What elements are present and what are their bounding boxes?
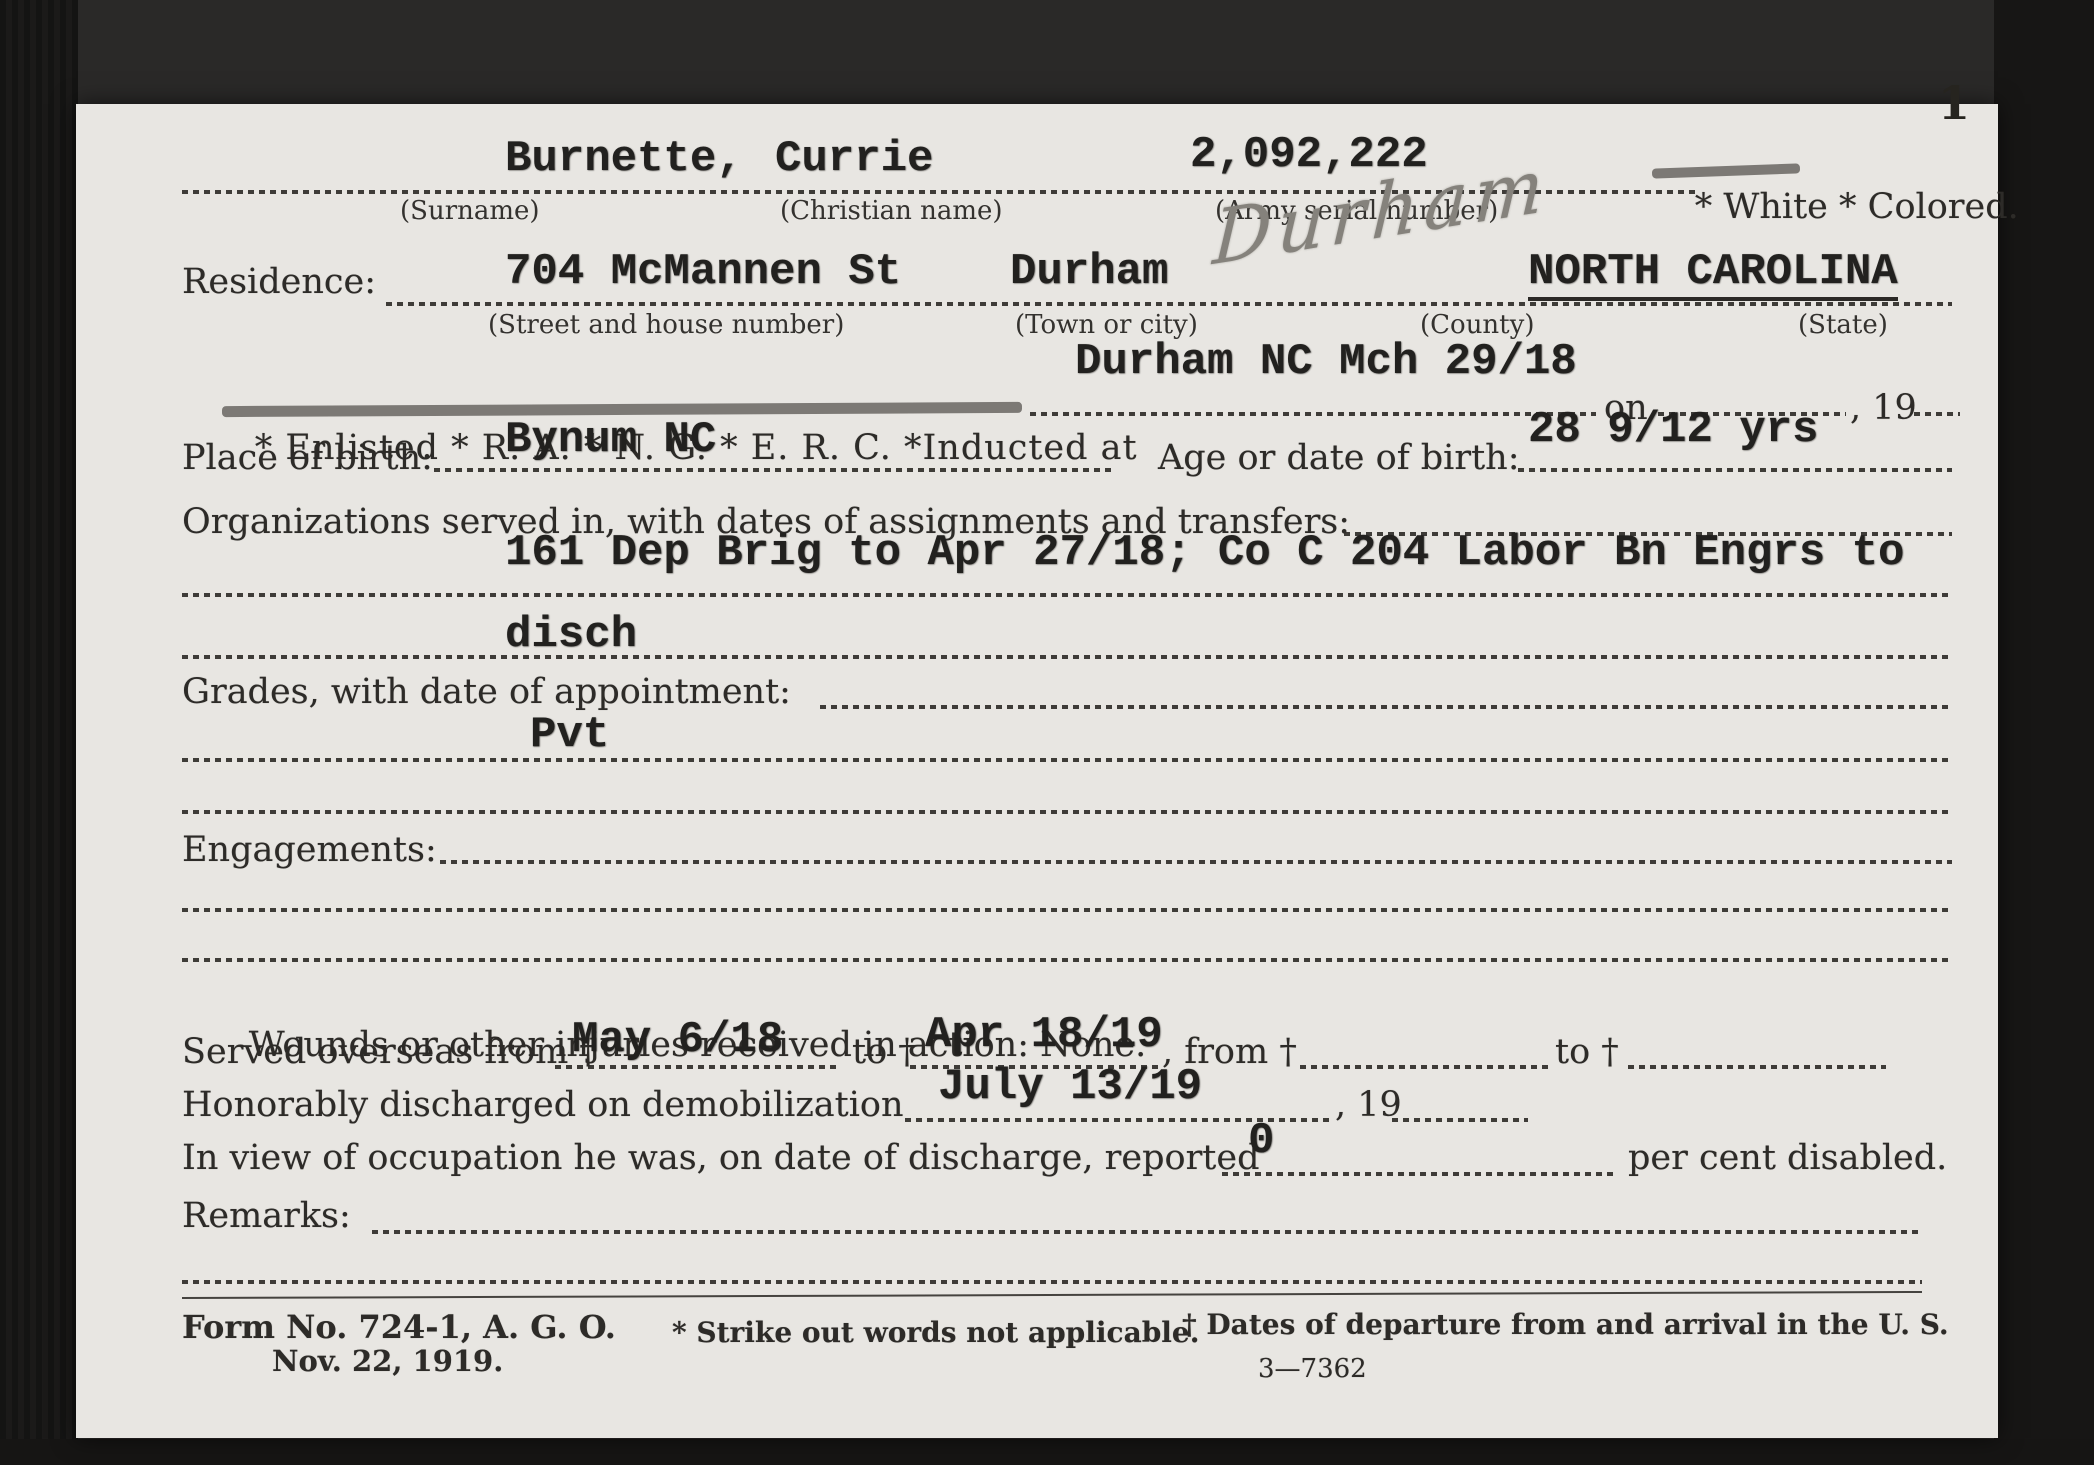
- form-rule-line: [820, 705, 1952, 709]
- county-caption: (County): [1420, 310, 1534, 340]
- organizations-entry-1-typed: 161 Dep Brig to Apr 27/18; Co C 204 Labo…: [505, 528, 1904, 578]
- organizations-entry-2-typed: disch: [505, 610, 637, 660]
- residence-label: Residence:: [182, 262, 376, 302]
- discharge-label: Honorably discharged on demobilization: [182, 1085, 904, 1125]
- form-rule-line: [182, 908, 1952, 912]
- form-rule-line: [182, 810, 1952, 814]
- form-rule-line: [182, 1280, 1922, 1284]
- christian-name-typed: Currie: [775, 134, 933, 184]
- race-option-colored: Colored.: [1868, 187, 2019, 227]
- form-rule-line: [1300, 1065, 1548, 1069]
- disability-value-typed: 0: [1248, 1116, 1274, 1166]
- footer-strike-note: * Strike out words not applicable.: [672, 1316, 1200, 1349]
- age-typed: 28 9/12 yrs: [1528, 405, 1818, 455]
- state-caption: (State): [1798, 310, 1888, 340]
- christian-name-caption: (Christian name): [780, 196, 1003, 226]
- form-rule-line: [386, 302, 1952, 306]
- place-of-birth-typed: Bynum NC: [505, 415, 716, 465]
- form-rule-line: [182, 758, 1952, 762]
- overseas-from-date-typed: May 6/18: [572, 1015, 783, 1065]
- overseas-to2-label: to †: [1555, 1032, 1619, 1072]
- form-rule-line: [182, 593, 1952, 597]
- form-rule-line: [555, 1065, 841, 1069]
- street-caption: (Street and house number): [488, 310, 844, 340]
- grades-label: Grades, with date of appointment:: [182, 672, 791, 712]
- induction-place-date-typed: Durham NC Mch 29/18: [1075, 337, 1577, 387]
- form-rule-line: [182, 655, 1952, 659]
- discharge-date-typed: July 13/19: [938, 1062, 1202, 1112]
- form-rule-line: [372, 1230, 1922, 1234]
- residence-street-typed: 704 McMannen St: [505, 247, 901, 297]
- inducted-at-label: *Inducted at: [892, 428, 1138, 468]
- place-of-birth-label: Place of birth:: [182, 438, 433, 478]
- form-rule-line: [1030, 412, 1596, 416]
- service-record-card: 1 Burnette, Currie 2,092,222 * White * C…: [76, 104, 1998, 1438]
- scan-border-left: [0, 0, 78, 1465]
- form-rule-line: [182, 958, 1952, 962]
- overseas-from-label: Served overseas from †: [182, 1032, 597, 1072]
- engagements-label: Engagements:: [182, 830, 437, 870]
- overseas-to-date-typed: Apr 18/19: [925, 1010, 1163, 1060]
- disability-label: In view of occupation he was, on date of…: [182, 1138, 1259, 1178]
- race-star: *: [1695, 187, 1724, 227]
- form-rule-line: [1518, 468, 1952, 472]
- footer-dagger-note: † Dates of departure from and arrival in…: [1182, 1308, 1949, 1341]
- residence-town-typed: Durham: [1010, 247, 1168, 297]
- disability-suffix-label: per cent disabled.: [1628, 1138, 1947, 1178]
- age-label: Age or date of birth:: [1158, 438, 1520, 478]
- form-rule-line: [1392, 1118, 1528, 1122]
- form-rule-line: [1628, 1065, 1886, 1069]
- surname-typed: Burnette,: [505, 134, 743, 184]
- race-star: *: [1828, 187, 1868, 227]
- form-rule-line: [1914, 412, 1960, 416]
- inducted-year-label: , 19: [1850, 388, 1917, 428]
- town-caption: (Town or city): [1015, 310, 1198, 340]
- form-rule-line: [1222, 1172, 1618, 1176]
- footer-print-code: 3—7362: [1258, 1354, 1367, 1384]
- overseas-to-label: to †: [852, 1032, 916, 1072]
- grades-entry-typed: Pvt: [530, 710, 609, 760]
- scan-border-bottom: [0, 1439, 2094, 1465]
- form-rule-line: [440, 860, 1952, 864]
- scanned-service-card-page: 1 Burnette, Currie 2,092,222 * White * C…: [0, 0, 2094, 1465]
- footer-form-date: Nov. 22, 1919.: [272, 1344, 503, 1378]
- footer-form-number: Form No. 724-1, A. G. O.: [182, 1308, 616, 1346]
- page-number: 1: [1938, 76, 1970, 130]
- footer-separator-line: [182, 1291, 1922, 1299]
- residence-state-typed: NORTH CAROLINA: [1528, 247, 1898, 301]
- form-rule-line: [434, 468, 1116, 472]
- remarks-label: Remarks:: [182, 1196, 351, 1236]
- surname-caption: (Surname): [400, 196, 540, 226]
- race-option-white: White: [1723, 187, 1828, 227]
